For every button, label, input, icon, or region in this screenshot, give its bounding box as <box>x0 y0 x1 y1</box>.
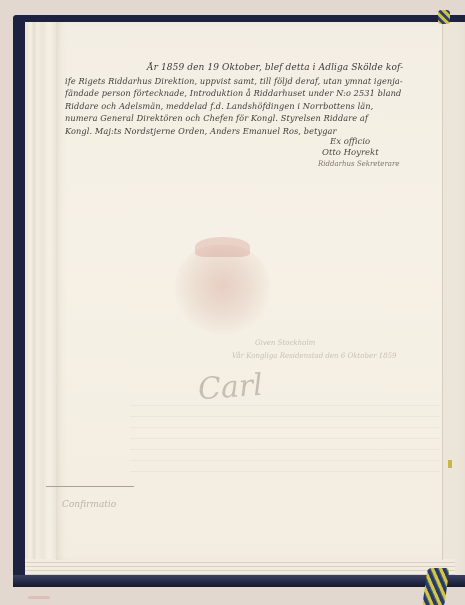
margin-note: Confirmatio <box>62 500 116 510</box>
text-line: Riddare och Adelsmän, meddelad f.d. Land… <box>65 100 440 113</box>
signature-ex-officio: Ex officio <box>318 137 399 148</box>
main-handwritten-text: År 1859 den 19 Oktober, blef detta i Adl… <box>65 62 440 138</box>
coat-of-arms-bleed-through <box>175 245 270 335</box>
bleed-through-residence: Vår Kongliga Residenstad den 6 Oktober 1… <box>232 352 396 360</box>
ribbon-cord-bottom <box>422 568 449 605</box>
signature-block: Ex officio Otto Hoyrekt Riddarhus Sekret… <box>318 137 399 170</box>
ribbon-cord-top <box>438 10 450 24</box>
signature-title: Riddarhus Sekreterare <box>318 159 399 170</box>
ribbon-cord-mid <box>448 460 452 468</box>
bleed-through-given: Given Stockholm <box>255 339 315 347</box>
text-line: Kongl. Maj:ts Nordstjerne Orden, Anders … <box>65 125 440 138</box>
text-line: numera General Direktören och Chefen för… <box>65 112 440 125</box>
text-line: År 1859 den 19 Oktober, blef detta i Adl… <box>65 62 440 75</box>
stamp-mark <box>28 596 50 599</box>
faint-ruled-lines <box>130 395 440 475</box>
text-line: fändade person förtecknade, Introduktion… <box>65 87 440 100</box>
text-line: ife Rigets Riddarhus Direktion, uppvist … <box>65 75 440 88</box>
crown-icon <box>195 237 250 257</box>
folder-bottom-edge <box>13 575 465 587</box>
signature-name: Otto Hoyrekt <box>318 148 399 159</box>
margin-divider <box>46 486 134 487</box>
